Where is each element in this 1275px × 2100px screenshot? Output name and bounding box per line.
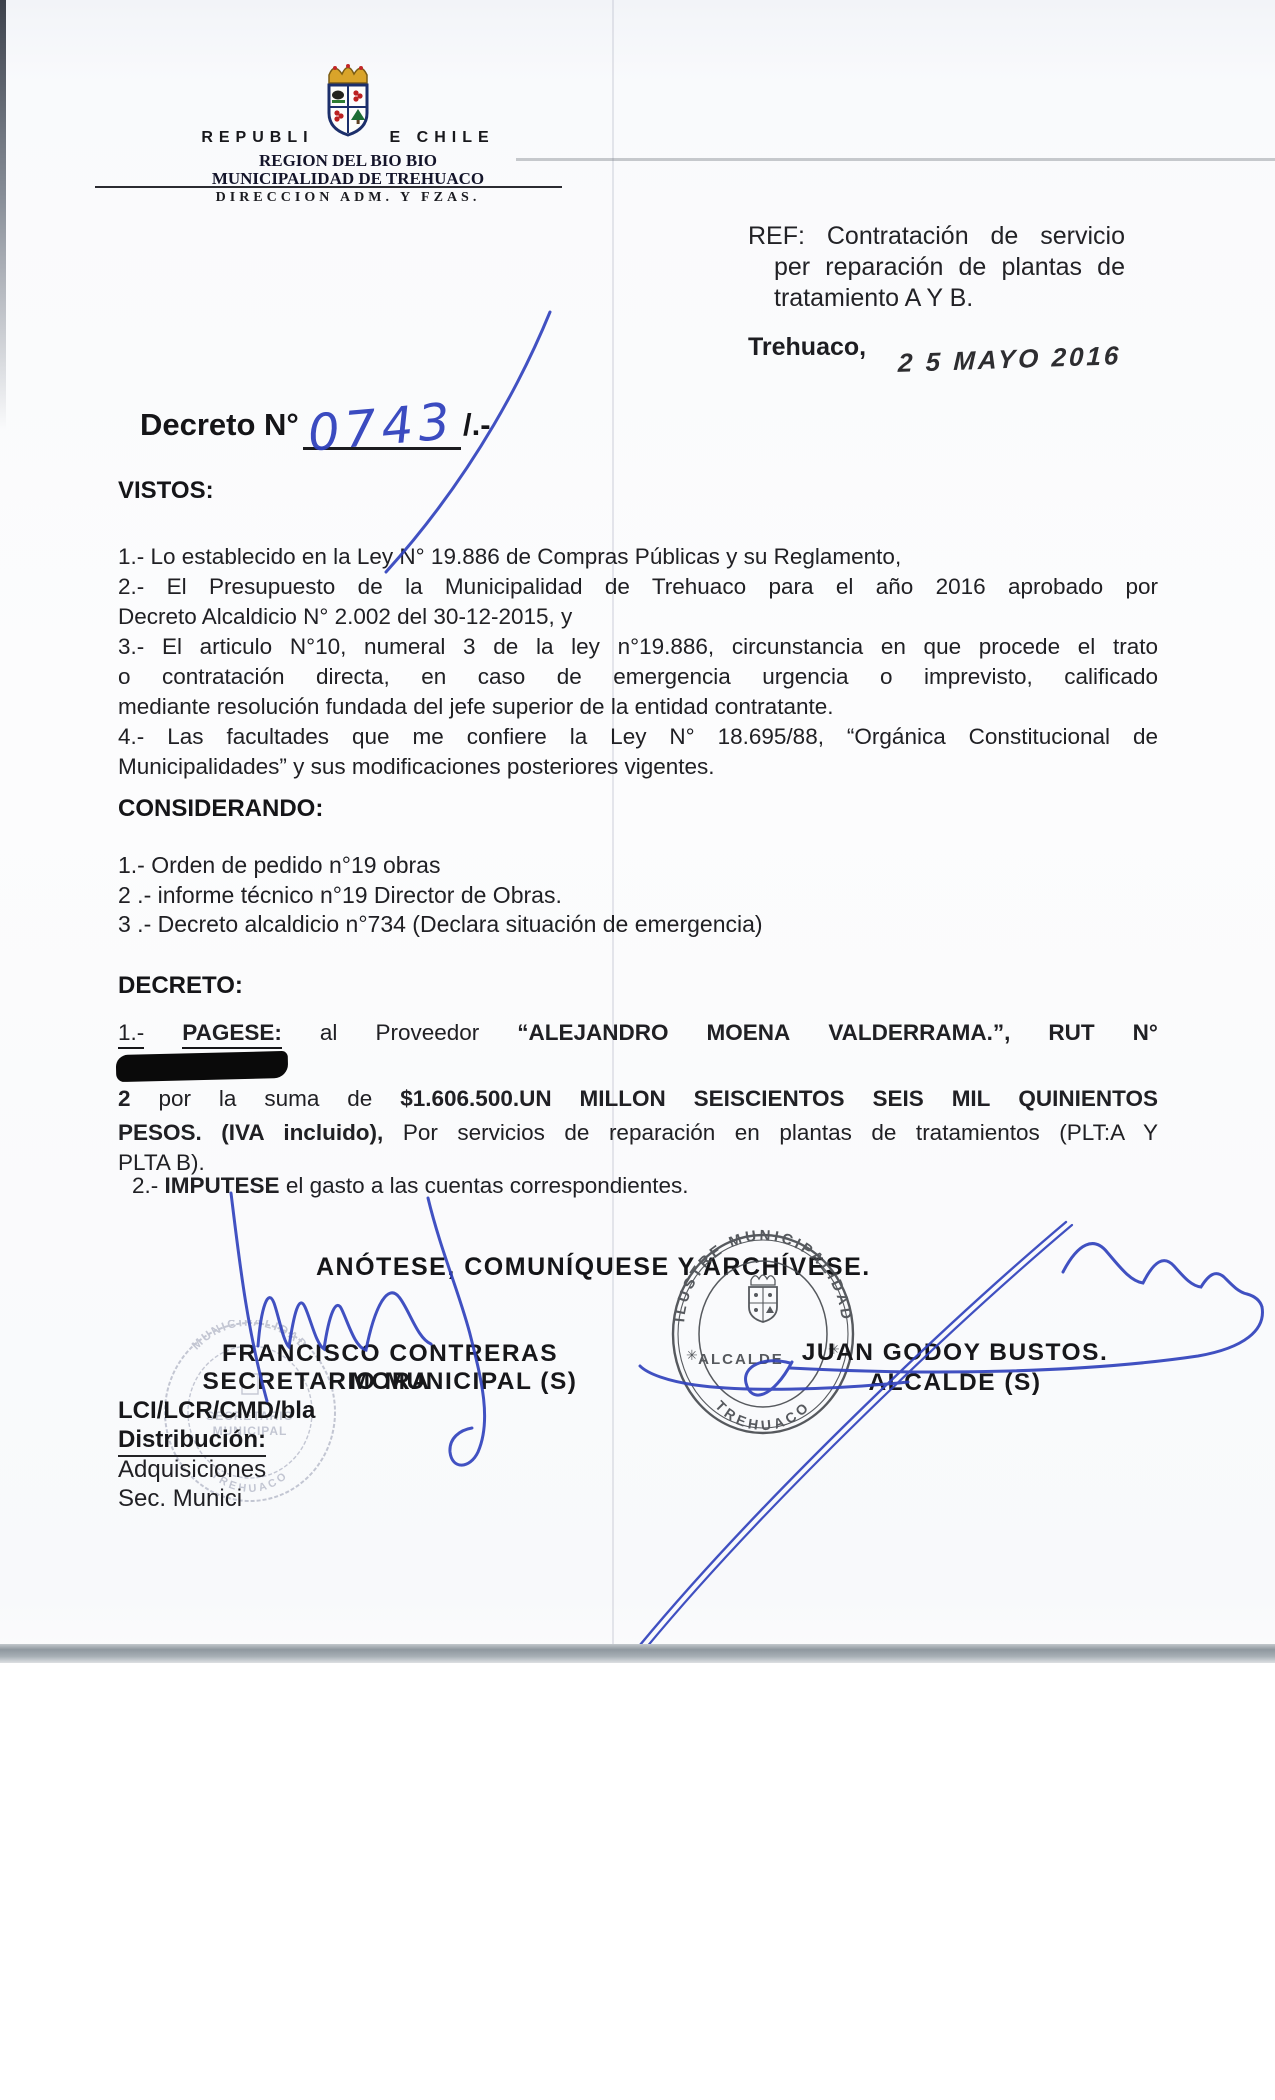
redaction-bar xyxy=(116,1051,289,1082)
considerando-item: 3 .- Decreto alcaldicio n°734 (Declara s… xyxy=(118,910,763,940)
vistos-line: 3.- El articulo N°10, numeral 3 de la le… xyxy=(118,632,1158,662)
republic-title-row: REPUBLI E CHILE xyxy=(95,129,601,147)
handwritten-decree-number: 0743 xyxy=(306,392,458,463)
paper-sheet: REPUBLI E CHILE REGION DEL BIO BIO MUNIC… xyxy=(0,0,1275,1648)
decreto-line-3: PESOS. (IVA incluido), Por servicios de … xyxy=(118,1118,1158,1148)
vistos-body: 1.- Lo establecido en la Ley N° 19.886 d… xyxy=(118,542,1158,782)
word: N° xyxy=(1133,1020,1158,1049)
vistos-line: mediante resolución fundada del jefe sup… xyxy=(118,692,1158,722)
decreto-line-1: 1.- PAGESE: al Proveedor “ALEJANDRO MOEN… xyxy=(118,1020,1158,1049)
vistos-line: o contratación directa, en caso de emerg… xyxy=(118,662,1158,692)
place-label: Trehuaco, xyxy=(748,333,866,362)
vistos-line: Decreto Alcaldicio N° 2.002 del 30-12-20… xyxy=(118,602,1158,632)
republic-left: REPUBLI xyxy=(201,129,313,147)
mayor-title: ALCALDE (S) xyxy=(730,1369,1180,1397)
word: QUINIENTOS xyxy=(1018,1086,1158,1112)
considerando-item: 1.- Orden de pedido n°19 obras xyxy=(118,851,763,881)
star-icon: ✳ xyxy=(686,1347,698,1363)
word: la xyxy=(219,1086,237,1112)
republic-right: E CHILE xyxy=(390,129,495,147)
considerando-items: 1.- Orden de pedido n°19 obras 2 .- info… xyxy=(118,851,763,940)
mayor-name: JUAN GODOY BUSTOS. xyxy=(730,1339,1180,1367)
vistos-line: 4.- Las facultades que me confiere la Le… xyxy=(118,722,1158,752)
decreto-heading: DECRETO: xyxy=(118,972,243,1000)
item-rest: el gasto a las cuentas correspondientes. xyxy=(280,1173,689,1198)
paper-crease xyxy=(612,0,614,1645)
word: suma xyxy=(264,1086,319,1112)
decree-number-label: Decreto N° xyxy=(140,407,299,443)
word: 1.- xyxy=(118,1020,144,1049)
word: por xyxy=(158,1086,191,1112)
word: PAGESE: xyxy=(182,1020,282,1049)
svg-text:TREHUACO: TREHUACO xyxy=(712,1397,814,1433)
word: 2 xyxy=(118,1086,131,1112)
word: MOENA xyxy=(707,1020,791,1049)
word: SEIS xyxy=(872,1086,923,1112)
scan-streak xyxy=(516,158,1275,161)
word: al xyxy=(320,1020,338,1049)
word: VALDERRAMA.”, xyxy=(828,1020,1010,1049)
pen-stroke xyxy=(1063,1244,1262,1307)
word: MIL xyxy=(952,1086,991,1112)
stamp-coat-of-arms-icon xyxy=(749,1275,777,1322)
ref-line-2: per reparación de plantas de xyxy=(748,252,1125,283)
word: RUT xyxy=(1048,1020,1094,1049)
considerando-item: 2 .- informe técnico n°19 Director de Ob… xyxy=(118,881,763,911)
vistos-heading: VISTOS: xyxy=(118,477,214,505)
service-description: Por servicios de reparación en plantas d… xyxy=(383,1120,1158,1145)
right-stamp-arc-bottom: TREHUACO xyxy=(712,1397,814,1433)
distribution-label: Distribución: xyxy=(118,1426,266,1457)
date-stamp: 2 5 MAYO 2016 xyxy=(898,340,1122,379)
word: “ALEJANDRO xyxy=(517,1020,668,1049)
decree-number-underline xyxy=(303,447,461,450)
word: SEISCIENTOS xyxy=(694,1086,845,1112)
scanned-decree-page: REPUBLI E CHILE REGION DEL BIO BIO MUNIC… xyxy=(0,0,1275,2100)
pen-stroke xyxy=(428,1198,485,1465)
word: Proveedor xyxy=(375,1020,479,1049)
decreto-line-2: 2 por la suma de $1.606.500.UN MILLON SE… xyxy=(118,1086,1158,1112)
vistos-line: Municipalidades” y sus modificaciones po… xyxy=(118,752,1158,782)
considerando-heading: CONSIDERANDO: xyxy=(118,795,323,823)
distribution-item: Adquisiciones xyxy=(118,1456,266,1484)
reference-block: REF: Contratación de servicio per repara… xyxy=(748,221,1125,314)
imputese-verb: IMPUTESE xyxy=(165,1173,280,1198)
header-divider xyxy=(95,186,562,188)
scan-bottom-edge xyxy=(0,1644,1275,1663)
decreto-item-2: 2.- IMPUTESE el gasto a las cuentas corr… xyxy=(132,1171,1172,1201)
vistos-line: 1.- Lo establecido en la Ley N° 19.886 d… xyxy=(118,542,1158,572)
department-label: DIRECCION ADM. Y FZAS. xyxy=(95,190,601,206)
word: MILLON xyxy=(580,1086,666,1112)
scan-edge-shadow xyxy=(0,0,6,430)
decree-number-suffix: /.- xyxy=(463,407,491,443)
distribution-item: Sec. Munici xyxy=(118,1485,242,1513)
region-label: REGION DEL BIO BIO xyxy=(95,151,601,171)
secretary-title: SECRETARIO MUNICIPAL (S) xyxy=(180,1368,600,1396)
ref-line-3: tratamiento A Y B. xyxy=(748,283,1125,314)
amount-words: PESOS. (IVA incluido), xyxy=(118,1120,383,1145)
initials-line: LCI/LCR/CMD/bla xyxy=(118,1397,315,1425)
mayor-stamp: ILUSTRE MUNICIPALIDAD TREHUACO ✳ ✳ ALCAL… xyxy=(668,1228,858,1440)
scan-background xyxy=(0,1663,1275,2100)
word: de xyxy=(347,1086,372,1112)
ref-line-1: REF: Contratación de servicio xyxy=(748,221,1125,252)
vistos-line: 2.- El Presupuesto de la Municipalidad d… xyxy=(118,572,1158,602)
word: $1.606.500.UN xyxy=(400,1086,551,1112)
item-number: 2.- xyxy=(132,1173,158,1198)
